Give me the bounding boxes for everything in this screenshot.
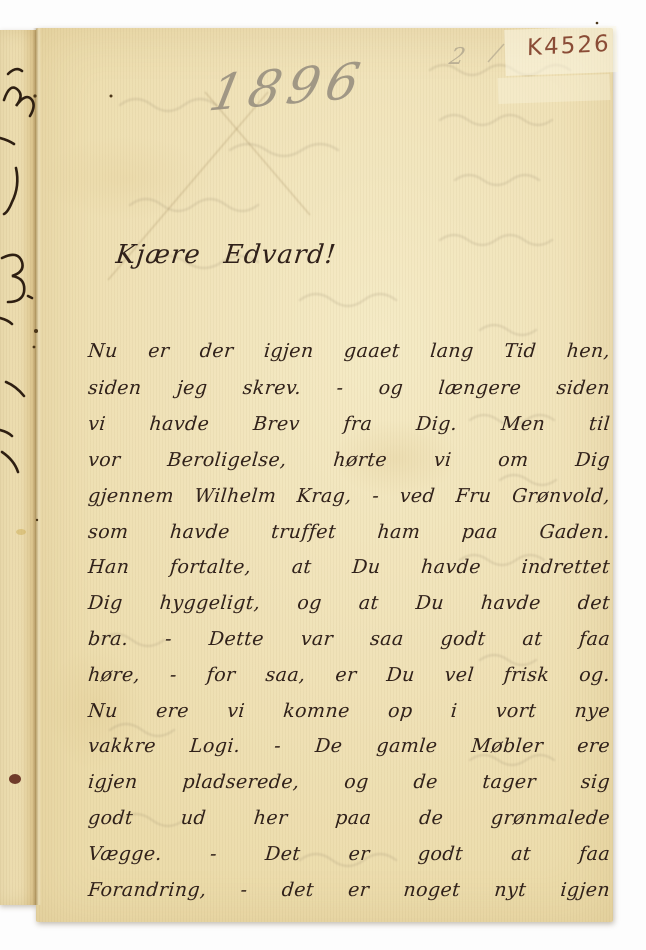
letter-line: vor Beroligelse, hørte vi om Dig <box>87 445 612 477</box>
label-patch-lower <box>498 74 611 104</box>
letter-line: Nu er der igjen gaaet lang Tid hen, <box>87 336 612 368</box>
letter-line: Dig hyggeligt, og at Du havde det <box>87 588 612 620</box>
adjacent-page-edge <box>0 30 37 905</box>
letter-line: Nu ere vi komne op i vort nye <box>87 696 612 728</box>
letter-line: vi havde Brev fra Dig. Men til <box>87 409 612 441</box>
letter-line: godt ud her paa de grønmalede <box>87 803 612 835</box>
letter-line: Han fortalte, at Du havde indrettet <box>87 552 612 584</box>
letter-line: bra. - Dette var saa godt at faa <box>87 624 612 656</box>
letter-line: som havde truffet ham paa Gaden. <box>87 517 612 549</box>
archive-number: K4526 <box>527 31 611 61</box>
letter-scan: K4526 1896 2 Kjære Edvard! Nu er der igj… <box>0 0 646 950</box>
letter-line: gjennem Wilhelm Krag, - ved Fru Grønvold… <box>87 481 612 513</box>
page-fold-crease <box>33 28 41 905</box>
letter-line: Forandring, - det er noget nyt igjen <box>87 875 612 907</box>
letter-line: igjen pladserede, og de tager sig <box>87 767 612 799</box>
letter-line: høre, - for saa, er Du vel frisk og. <box>87 660 612 692</box>
letter-line: siden jeg skrev. - og længere siden <box>87 373 612 405</box>
letter-line: Vægge. - Det er godt at faa <box>87 839 612 871</box>
salutation: Kjære Edvard! <box>114 240 337 270</box>
letter-line: vakkre Logi. - De gamle Møbler ere <box>87 731 612 763</box>
